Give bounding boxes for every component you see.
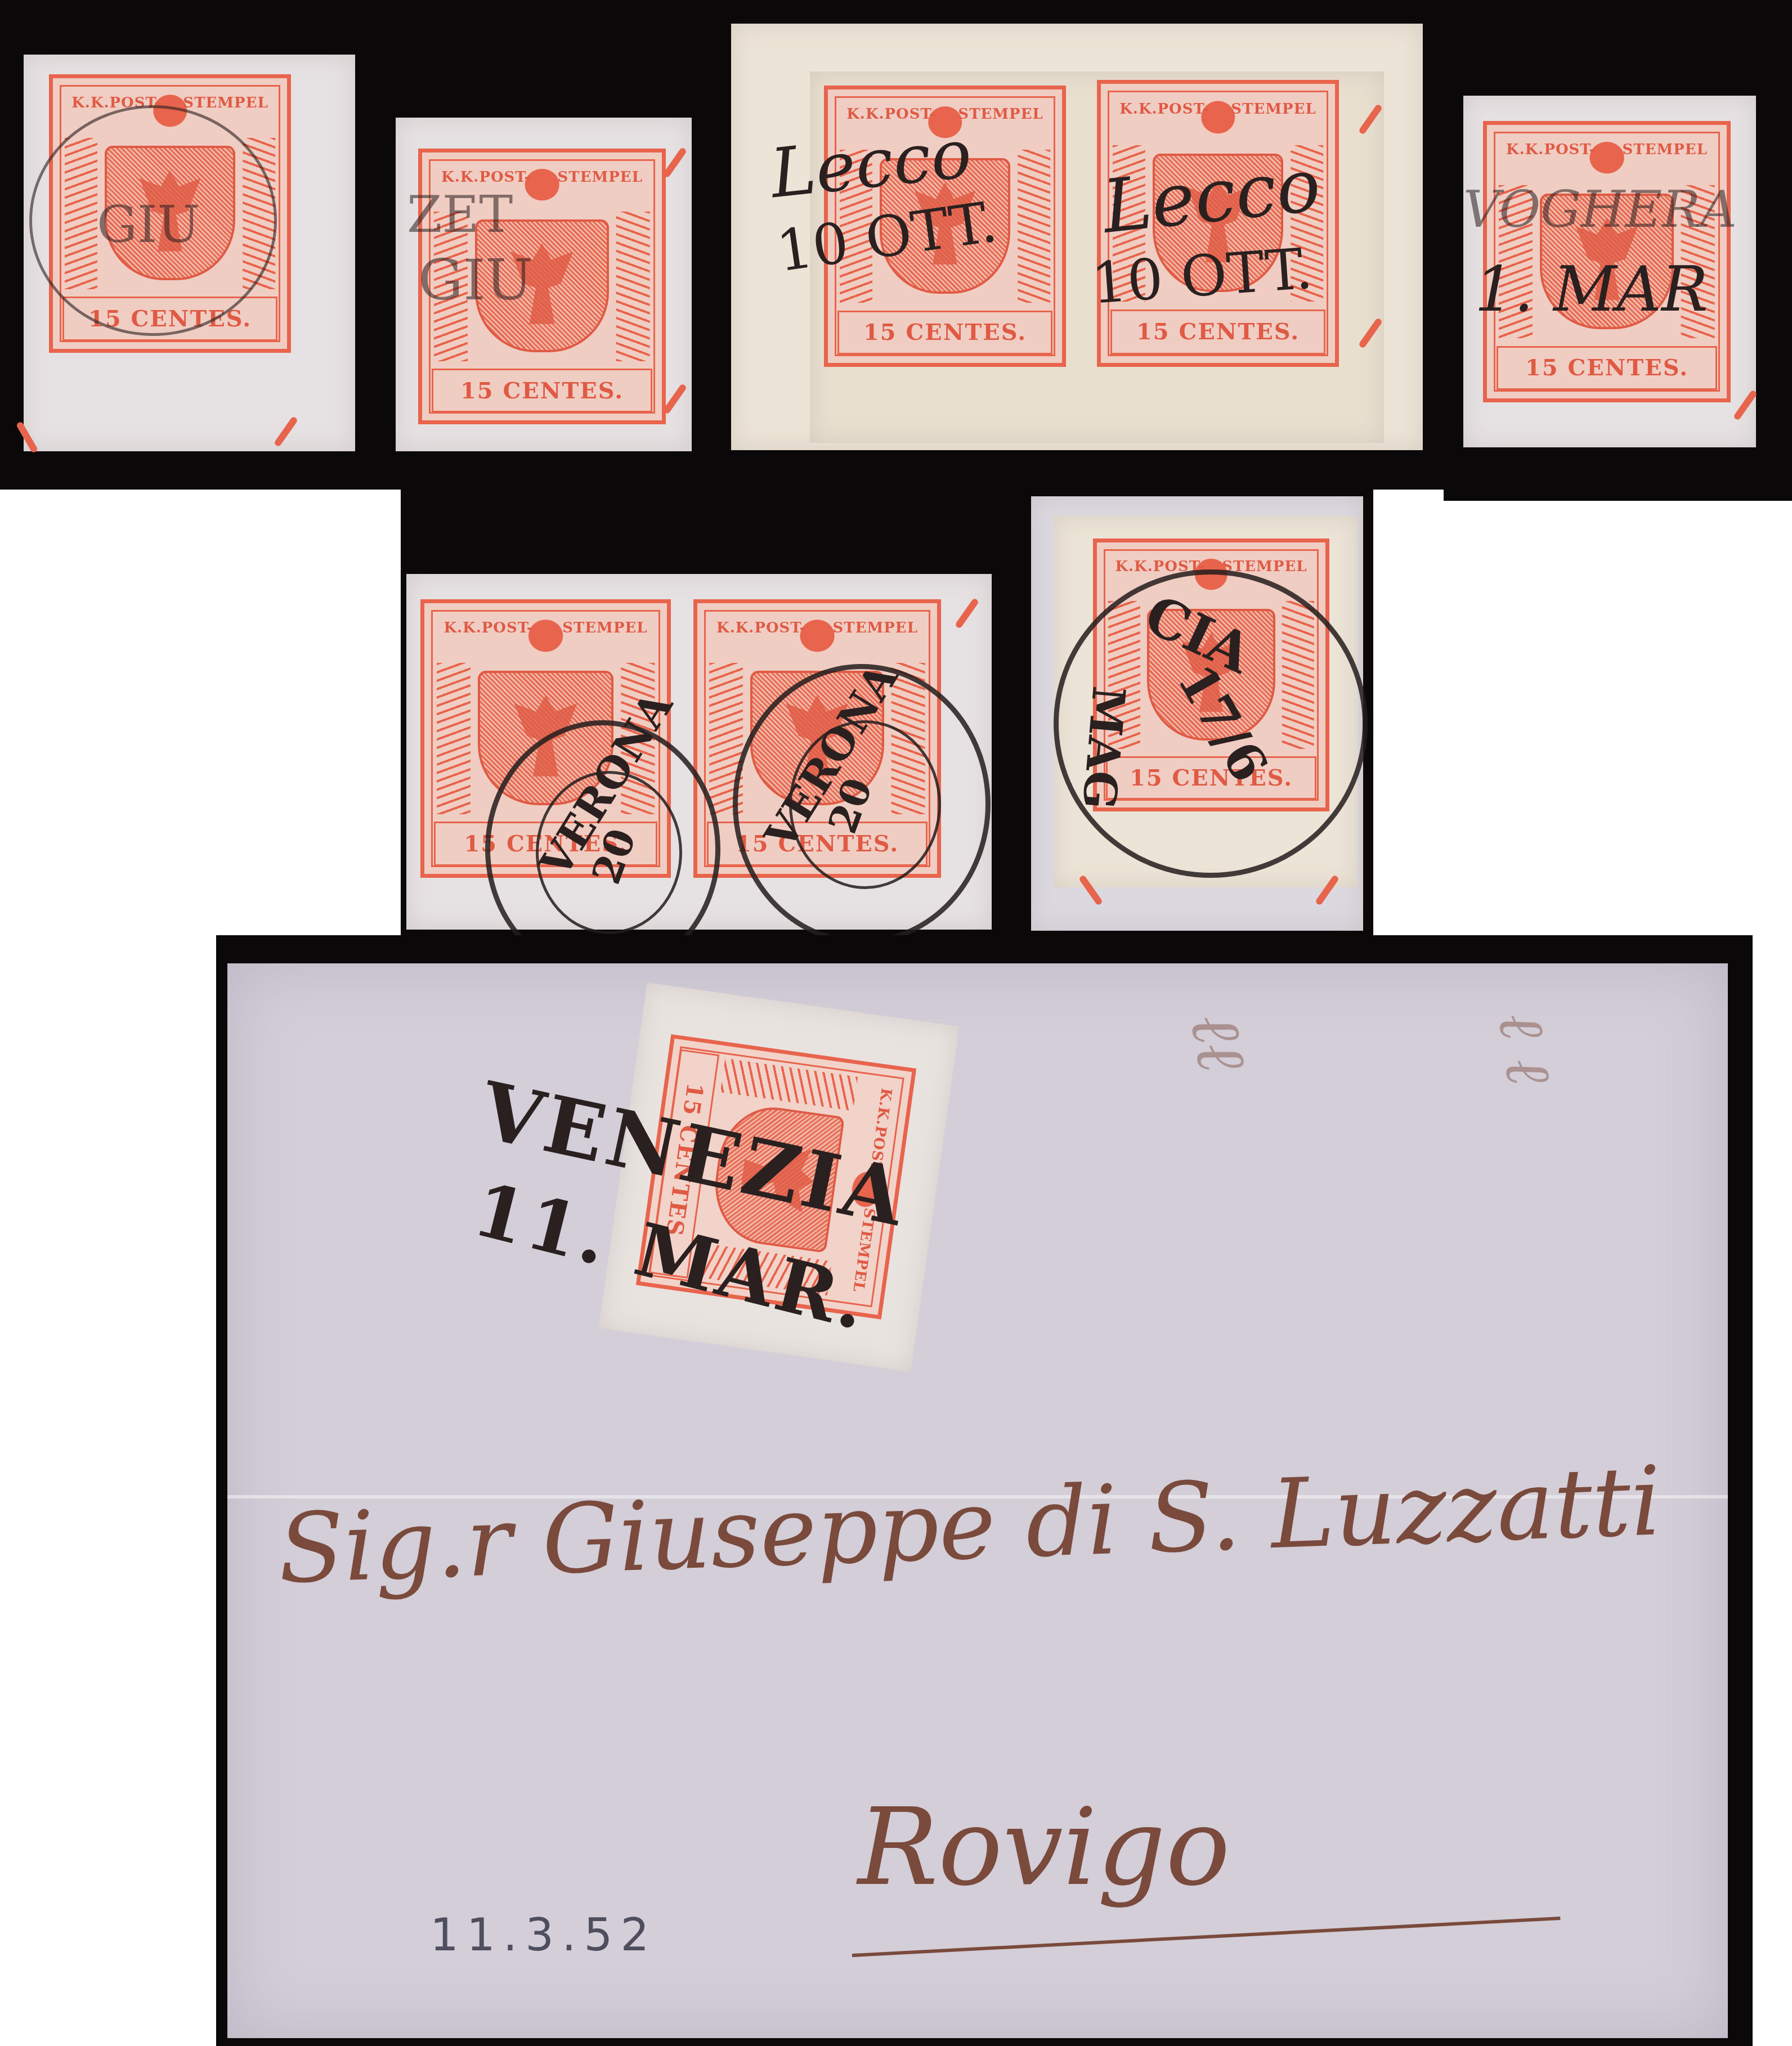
wreath-icon xyxy=(1018,150,1050,303)
stamp-value: 15 CENTES. xyxy=(1110,309,1326,355)
stamp-piece-3-pair: K.K.POST-STEMPEL 15 CENTES. K.K.POST-STE… xyxy=(731,24,1423,450)
address-city: Rovigo xyxy=(858,1785,1230,1909)
stamp-value: 15 CENTES. xyxy=(432,369,652,412)
stamp-piece-4: K.K.POST-STEMPEL 15 CENTES. VOGHERA 1. M… xyxy=(1463,96,1756,447)
corner-guide-mark xyxy=(662,383,687,415)
stamp-top-label: K.K.POST-STEMPEL xyxy=(422,169,662,186)
corner-guide-mark xyxy=(1733,389,1758,421)
postmark-date: 1. MAR xyxy=(1475,253,1708,325)
wreath-icon xyxy=(437,663,471,814)
postmark-month: MAG xyxy=(1072,684,1136,811)
docket-handwriting: ℓ ℓ xyxy=(1484,1008,1565,1089)
address-recipient: Sig.r Giuseppe di S. Luzzatti xyxy=(276,1446,1663,1605)
pencil-date-note: 11.3.52 xyxy=(430,1909,657,1961)
postmark-text: GIU xyxy=(97,195,200,254)
address-underline xyxy=(852,1917,1561,1957)
stamp-value: 15 CENTES. xyxy=(1497,346,1717,391)
corner-guide-mark xyxy=(662,147,687,178)
corner-guide-mark xyxy=(274,416,298,447)
wreath-icon xyxy=(616,212,650,362)
corner-guide-mark xyxy=(955,598,979,629)
stamp-top-label: K.K.POST-STEMPEL xyxy=(424,620,667,636)
stamp-piece-5-pair: K.K.POST-STEMPEL 15 CENTES. K.K.POST-STE… xyxy=(406,574,992,930)
postmark-town: VOGHERA xyxy=(1463,180,1737,239)
stamp-top-label: K.K.POST-STEMPEL xyxy=(697,620,937,636)
postmark-text-line2: GIU xyxy=(418,247,533,313)
docket-handwriting: ℓℓ xyxy=(1175,1008,1261,1078)
stamp-piece-1: K.K.POST-STEMPEL 15 CENTES. GIU xyxy=(24,55,355,451)
stamp-piece-6: K.K.POST-STEMPEL 15 CENTES. CIA 17/6 MAG xyxy=(1031,496,1363,931)
postal-cover: K.K.POST-STEMPEL 15 CENTES. VENEZIA 11. … xyxy=(227,963,1728,2038)
stamp-value: 15 CENTES. xyxy=(837,311,1053,355)
postmark-text-line1: ZET xyxy=(407,185,513,244)
stamp-top-label: K.K.POST-STEMPEL xyxy=(1101,101,1335,118)
stamp-top-label: K.K.POST-STEMPEL xyxy=(1487,141,1727,158)
stamp-piece-2: K.K.POST-STEMPEL 15 CENTES. ZET GIU xyxy=(396,118,692,451)
